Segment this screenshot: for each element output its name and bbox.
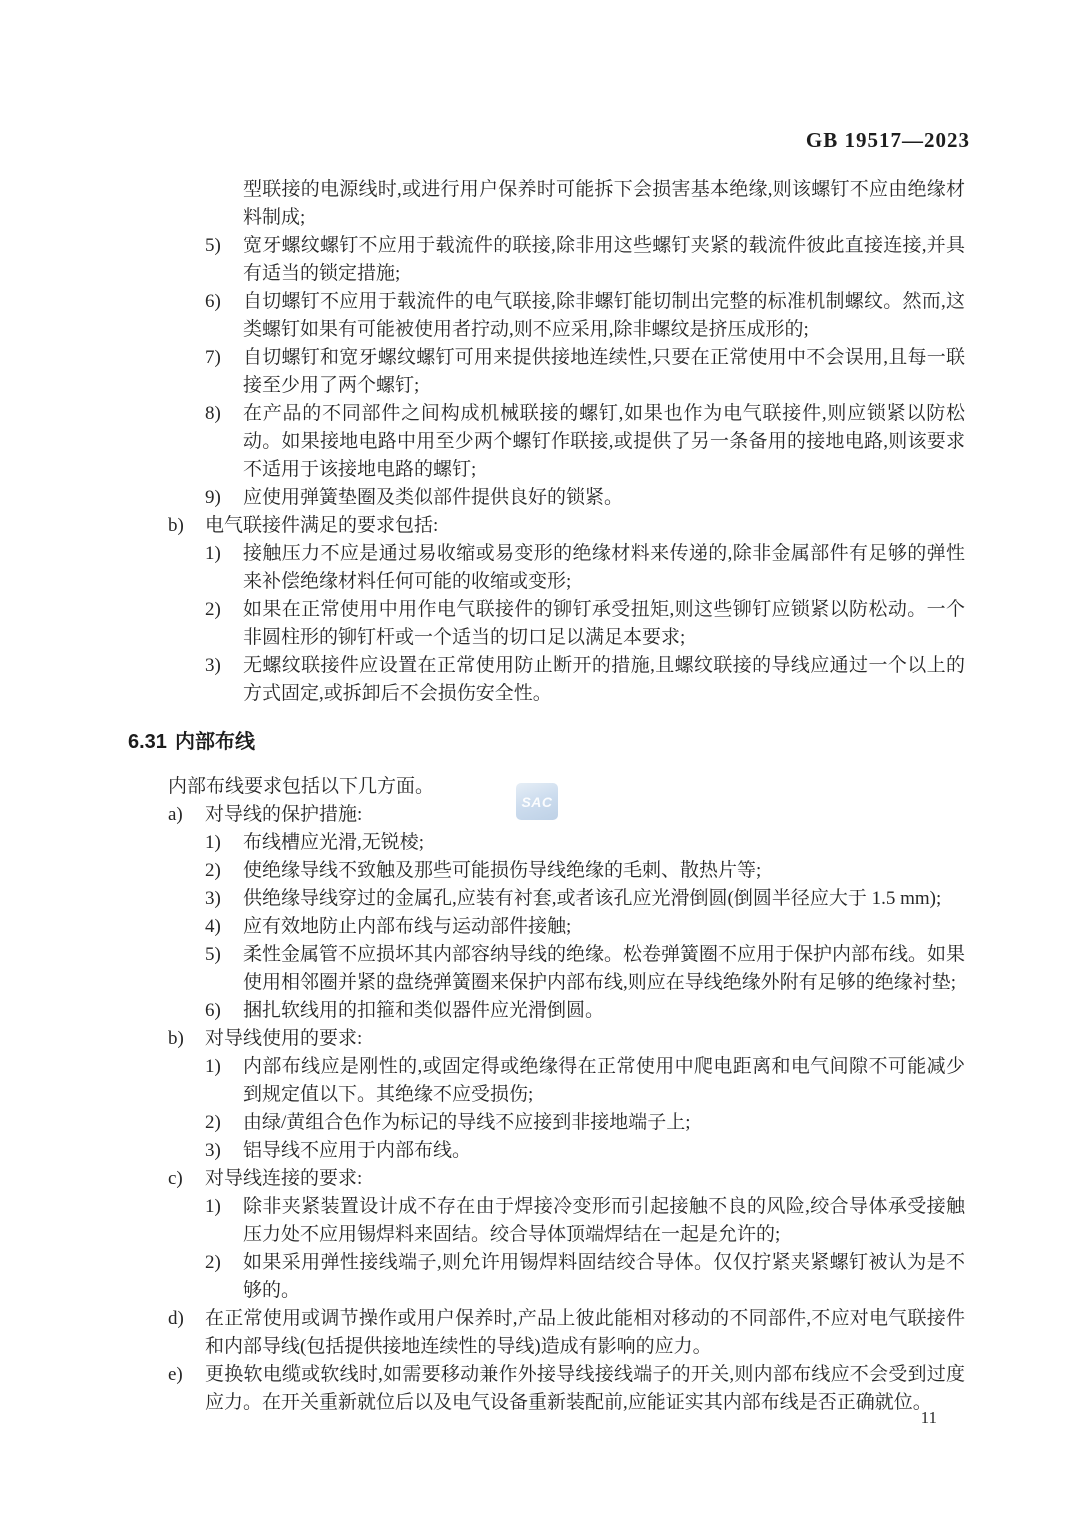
list-item-text: 自切螺钉不应用于载流件的电气联接,除非螺钉能切制出完整的标准机制螺纹。然而,这类… [243,288,965,344]
list-item-marker: 9) [205,484,243,512]
list-item: 7) 自切螺钉和宽牙螺纹螺钉可用来提供接地连续性,只要在正常使用中不会误用,且每… [205,344,965,400]
list-item-marker: 2) [205,857,243,885]
list-item-marker: 3) [205,652,243,708]
list-item-marker: b) [168,1025,205,1053]
list-item-text: 更换软电缆或软线时,如需要移动兼作外接导线接线端子的开关,则内部布线应不会受到过… [205,1361,965,1417]
list-item: 2) 由绿/黄组合色作为标记的导线不应接到非接地端子上; [205,1109,965,1137]
list-item-text: 在正常使用或调节操作或用户保养时,产品上彼此能相对移动的不同部件,不应对电气联接… [205,1305,965,1361]
list-item: 5) 宽牙螺纹螺钉不应用于载流件的联接,除非用这些螺钉夹紧的载流件彼此直接连接,… [205,232,965,288]
list-item-marker: 2) [205,1249,243,1305]
list-item-marker: 1) [205,1053,243,1109]
continuation-paragraph: 型联接的电源线时,或进行用户保养时可能拆下会损害基本绝缘,则该螺钉不应由绝缘材料… [243,176,965,232]
list-item-marker: 7) [205,344,243,400]
list-item-text: 供绝缘导线穿过的金属孔,应装有衬套,或者该孔应光滑倒圆(倒圆半径应大于 1.5 … [243,885,965,913]
list-item-marker: 6) [205,288,243,344]
list-item-marker: 2) [205,596,243,652]
list-item: 6) 自切螺钉不应用于载流件的电气联接,除非螺钉能切制出完整的标准机制螺纹。然而… [205,288,965,344]
list-item-marker: c) [168,1165,205,1193]
list-item-marker: 5) [205,232,243,288]
list-item: a) 对导线的保护措施: [168,801,965,829]
list-item-text: 电气联接件满足的要求包括: [205,512,965,540]
standard-number-header: GB 19517—2023 [806,126,970,154]
list-item-text: 布线槽应光滑,无锐棱; [243,829,965,857]
list-item: e) 更换软电缆或软线时,如需要移动兼作外接导线接线端子的开关,则内部布线应不会… [168,1361,965,1417]
list-item-text: 对导线的保护措施: [205,801,965,829]
list-item-text: 应有效地防止内部布线与运动部件接触; [243,913,965,941]
list-item: 5) 柔性金属管不应损坏其内部容纳导线的绝缘。松卷弹簧圈不应用于保护内部布线。如… [205,941,965,997]
list-item-marker: 3) [205,885,243,913]
list-item: 1) 内部布线应是刚性的,或固定得或绝缘得在正常使用中爬电距离和电气间隙不可能减… [205,1053,965,1109]
list-item: 3) 供绝缘导线穿过的金属孔,应装有衬套,或者该孔应光滑倒圆(倒圆半径应大于 1… [205,885,965,913]
list-item-text: 应使用弹簧垫圈及类似部件提供良好的锁紧。 [243,484,965,512]
list-item-text: 柔性金属管不应损坏其内部容纳导线的绝缘。松卷弹簧圈不应用于保护内部布线。如果使用… [243,941,965,997]
section-title: 内部布线 [175,728,255,757]
list-item-marker: 1) [205,1193,243,1249]
list-item-text: 铝导线不应用于内部布线。 [243,1137,965,1165]
list-item-text: 对导线连接的要求: [205,1165,965,1193]
list-item-marker: 1) [205,829,243,857]
document-page: GB 19517—2023 SAC 型联接的电源线时,或进行用户保养时可能拆下会… [0,0,1080,1528]
list-item: b) 电气联接件满足的要求包括: [168,512,965,540]
list-item-text: 如果采用弹性接线端子,则允许用锡焊料固结绞合导体。仅仅拧紧夹紧螺钉被认为是不够的… [243,1249,965,1305]
list-item: 1) 接触压力不应是通过易收缩或易变形的绝缘材料来传递的,除非金属部件有足够的弹… [205,540,965,596]
list-item-text: 对导线使用的要求: [205,1025,965,1053]
list-item: 8) 在产品的不同部件之间构成机械联接的螺钉,如果也作为电气联接件,则应锁紧以防… [205,400,965,484]
list-item-marker: 3) [205,1137,243,1165]
list-item: 3) 铝导线不应用于内部布线。 [205,1137,965,1165]
list-item-marker: a) [168,801,205,829]
list-item: 2) 如果在正常使用中用作电气联接件的铆钉承受扭矩,则这些铆钉应锁紧以防松动。一… [205,596,965,652]
list-item-marker: 1) [205,540,243,596]
list-item-text: 如果在正常使用中用作电气联接件的铆钉承受扭矩,则这些铆钉应锁紧以防松动。一个非圆… [243,596,965,652]
list-item: 4) 应有效地防止内部布线与运动部件接触; [205,913,965,941]
list-item-text: 在产品的不同部件之间构成机械联接的螺钉,如果也作为电气联接件,则应锁紧以防松动。… [243,400,965,484]
list-item-text: 无螺纹联接件应设置在正常使用防止断开的措施,且螺纹联接的导线应通过一个以上的方式… [243,652,965,708]
list-item-text: 接触压力不应是通过易收缩或易变形的绝缘材料来传递的,除非金属部件有足够的弹性来补… [243,540,965,596]
list-item: 1) 布线槽应光滑,无锐棱; [205,829,965,857]
section-number: 6.31 [128,728,175,757]
list-item-text: 宽牙螺纹螺钉不应用于载流件的联接,除非用这些螺钉夹紧的载流件彼此直接连接,并具有… [243,232,965,288]
list-item: 2) 使绝缘导线不致触及那些可能损伤导线绝缘的毛刺、散热片等; [205,857,965,885]
page-content: 型联接的电源线时,或进行用户保养时可能拆下会损害基本绝缘,则该螺钉不应由绝缘材料… [0,176,965,1417]
list-item: 1) 除非夹紧装置设计成不存在由于焊接冷变形而引起接触不良的风险,绞合导体承受接… [205,1193,965,1249]
list-item: 6) 捆扎软线用的扣箍和类似器件应光滑倒圆。 [205,997,965,1025]
list-item: 9) 应使用弹簧垫圈及类似部件提供良好的锁紧。 [205,484,965,512]
list-item-text: 自切螺钉和宽牙螺纹螺钉可用来提供接地连续性,只要在正常使用中不会误用,且每一联接… [243,344,965,400]
list-item: c) 对导线连接的要求: [168,1165,965,1193]
list-item-marker: 5) [205,941,243,997]
list-item-text: 捆扎软线用的扣箍和类似器件应光滑倒圆。 [243,997,965,1025]
list-item-marker: 4) [205,913,243,941]
list-item-text: 内部布线应是刚性的,或固定得或绝缘得在正常使用中爬电距离和电气间隙不可能减少到规… [243,1053,965,1109]
list-item-marker: d) [168,1305,205,1361]
list-item-marker: 8) [205,400,243,484]
list-item-marker: 2) [205,1109,243,1137]
section-intro-paragraph: 内部布线要求包括以下几方面。 [168,773,965,801]
list-item: d) 在正常使用或调节操作或用户保养时,产品上彼此能相对移动的不同部件,不应对电… [168,1305,965,1361]
list-item-text: 使绝缘导线不致触及那些可能损伤导线绝缘的毛刺、散热片等; [243,857,965,885]
list-item: 2) 如果采用弹性接线端子,则允许用锡焊料固结绞合导体。仅仅拧紧夹紧螺钉被认为是… [205,1249,965,1305]
page-number: 11 [921,1404,937,1432]
list-item-marker: e) [168,1361,205,1417]
list-item-text: 除非夹紧装置设计成不存在由于焊接冷变形而引起接触不良的风险,绞合导体承受接触压力… [243,1193,965,1249]
list-item-marker: b) [168,512,205,540]
list-item: 3) 无螺纹联接件应设置在正常使用防止断开的措施,且螺纹联接的导线应通过一个以上… [205,652,965,708]
list-item: b) 对导线使用的要求: [168,1025,965,1053]
section-heading: 6.31 内部布线 [128,728,965,757]
list-item-text: 由绿/黄组合色作为标记的导线不应接到非接地端子上; [243,1109,965,1137]
list-item-marker: 6) [205,997,243,1025]
